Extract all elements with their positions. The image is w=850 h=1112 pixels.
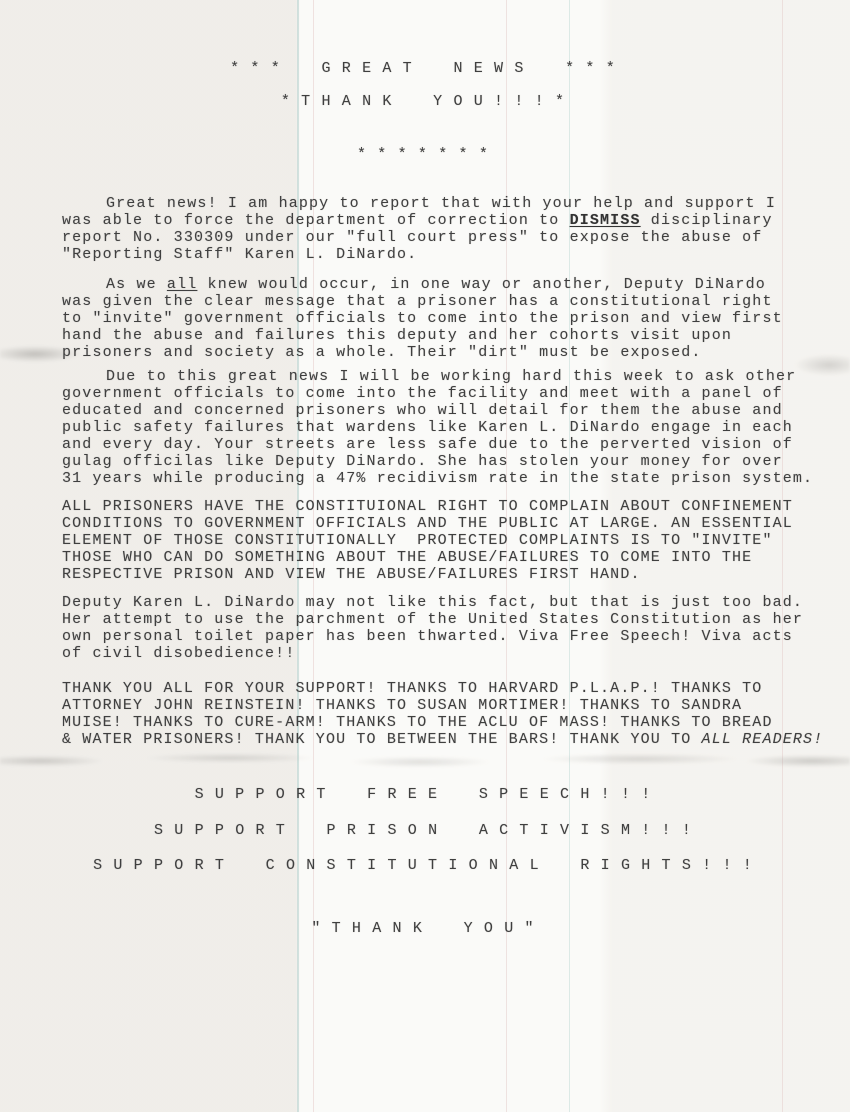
stars-divider: * * * * * * * <box>0 146 846 163</box>
headline-thank-you: * T H A N K Y O U ! ! ! * <box>0 93 846 110</box>
body-text: ALL PRISONERS HAVE THE CONSTITUIONAL RIG… <box>62 498 793 583</box>
emphasized-text: ALL READERS! <box>702 731 824 748</box>
slogan-prison-activism: S U P P O R T P R I S O N A C T I V I S … <box>0 822 846 839</box>
headline-great-news: * * * G R E A T N E W S * * * <box>0 60 846 77</box>
paragraph-too-bad: Deputy Karen L. DiNardo may not like thi… <box>62 594 844 662</box>
scanned-letter-page: * * * G R E A T N E W S * * * * T H A N … <box>0 0 850 1112</box>
paragraph-clear-message: As we all knew would occur, in one way o… <box>62 276 844 361</box>
emphasized-text: DISMISS <box>570 212 641 229</box>
emphasized-text: all <box>167 276 197 293</box>
paragraph-thanks-list: THANK YOU ALL FOR YOUR SUPPORT! THANKS T… <box>62 680 844 748</box>
paragraph-dismissal-news: Great news! I am happy to report that wi… <box>62 195 844 263</box>
letter-content: * * * G R E A T N E W S * * * * T H A N … <box>0 0 844 937</box>
paragraph-working-hard: Due to this great news I will be working… <box>62 368 844 487</box>
body-text: Due to this great news I will be working… <box>62 368 813 487</box>
slogan-free-speech: S U P P O R T F R E E S P E E C H ! ! ! <box>0 786 846 803</box>
body-text: THANK YOU ALL FOR YOUR SUPPORT! THANKS T… <box>62 680 773 748</box>
closing-thank-you: " T H A N K Y O U " <box>0 920 846 937</box>
body-text: Deputy Karen L. DiNardo may not like thi… <box>62 594 803 662</box>
slogan-constitutional-rights: S U P P O R T C O N S T I T U T I O N A … <box>0 857 846 874</box>
body-text: As we <box>106 276 167 293</box>
paragraph-constitutional-right: ALL PRISONERS HAVE THE CONSTITUIONAL RIG… <box>62 498 844 583</box>
